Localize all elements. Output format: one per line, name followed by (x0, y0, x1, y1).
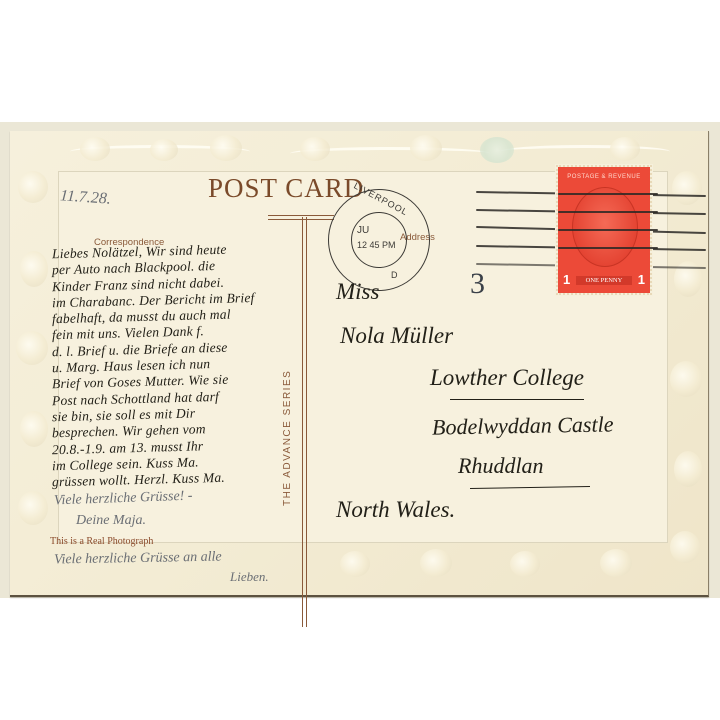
handwritten-mark: 3 (470, 267, 485, 301)
real-photograph-label: This is a Real Photograph (50, 536, 153, 547)
address-line-2: Nola Müller (340, 323, 453, 349)
postage-stamp: POSTAGE & REVENUE 1 1 ONE PENNY (558, 167, 650, 293)
address-underline-1 (450, 399, 584, 400)
address-line-5: Rhuddlan (458, 453, 544, 479)
divider-horizontal (268, 215, 334, 220)
stamp-denomination-left: 1 (563, 272, 570, 287)
postmark-date: JU 12 45 PM (357, 224, 396, 252)
postmark-suffix: D (391, 270, 398, 280)
address-line-4: Bodelwyddan Castle (432, 411, 614, 440)
stamp-denomination-right: 1 (638, 272, 645, 287)
king-portrait (572, 187, 638, 267)
postcard-header: POST CARD (208, 173, 364, 204)
postcard: POST CARD Correspondence Address This is… (10, 131, 709, 597)
pencil-postscript-3: Lieben. (230, 569, 269, 585)
address-line-3: Lowther College (430, 365, 584, 391)
address-line-6: North Wales. (336, 497, 455, 523)
divider-vertical (302, 217, 307, 627)
stamp-top-text: POSTAGE & REVENUE (562, 174, 646, 180)
postmark-time: 12 45 PM (357, 238, 396, 252)
postmark-month: JU (357, 224, 396, 238)
pencil-signature: Deine Maja. (76, 513, 146, 529)
postmark: LIVERPOOL JU 12 45 PM D (328, 189, 430, 291)
stamp-value-text: ONE PENNY (576, 276, 632, 285)
pencil-postscript-2: Viele herzliche Grüsse an alle (54, 550, 222, 569)
handwritten-date: 11.7.28. (59, 187, 111, 209)
handwritten-message: Liebes Nolätzel, Wir sind heuteper Auto … (52, 243, 302, 487)
address-line-1: Miss (336, 279, 379, 305)
